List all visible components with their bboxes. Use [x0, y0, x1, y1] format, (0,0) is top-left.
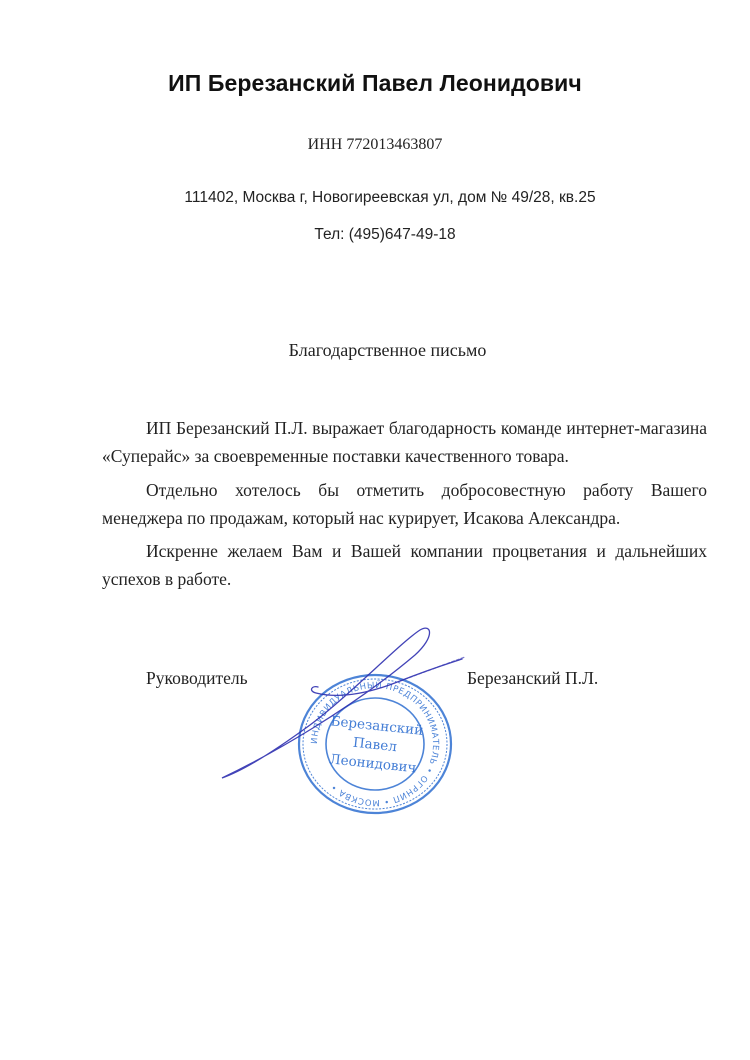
- letterhead-title: ИП Березанский Павел Леонидович: [0, 70, 750, 97]
- letter-title: Благодарственное письмо: [0, 340, 750, 361]
- letterhead-phone: Тел: (495)647-49-18: [0, 226, 750, 244]
- letter-paragraph-1: ИП Березанский П.Л. выражает благодарнос…: [102, 414, 707, 470]
- letter-paragraph-3: Искренне желаем Вам и Вашей компании про…: [102, 537, 707, 593]
- letterhead-inn: ИНН 772013463807: [0, 136, 750, 154]
- letter-paragraph-2: Отдельно хотелось бы отметить добросовес…: [102, 476, 707, 532]
- letterhead-address: 111402, Москва г, Новогиреевская ул, дом…: [0, 189, 750, 207]
- handwritten-signature-icon: [200, 615, 520, 785]
